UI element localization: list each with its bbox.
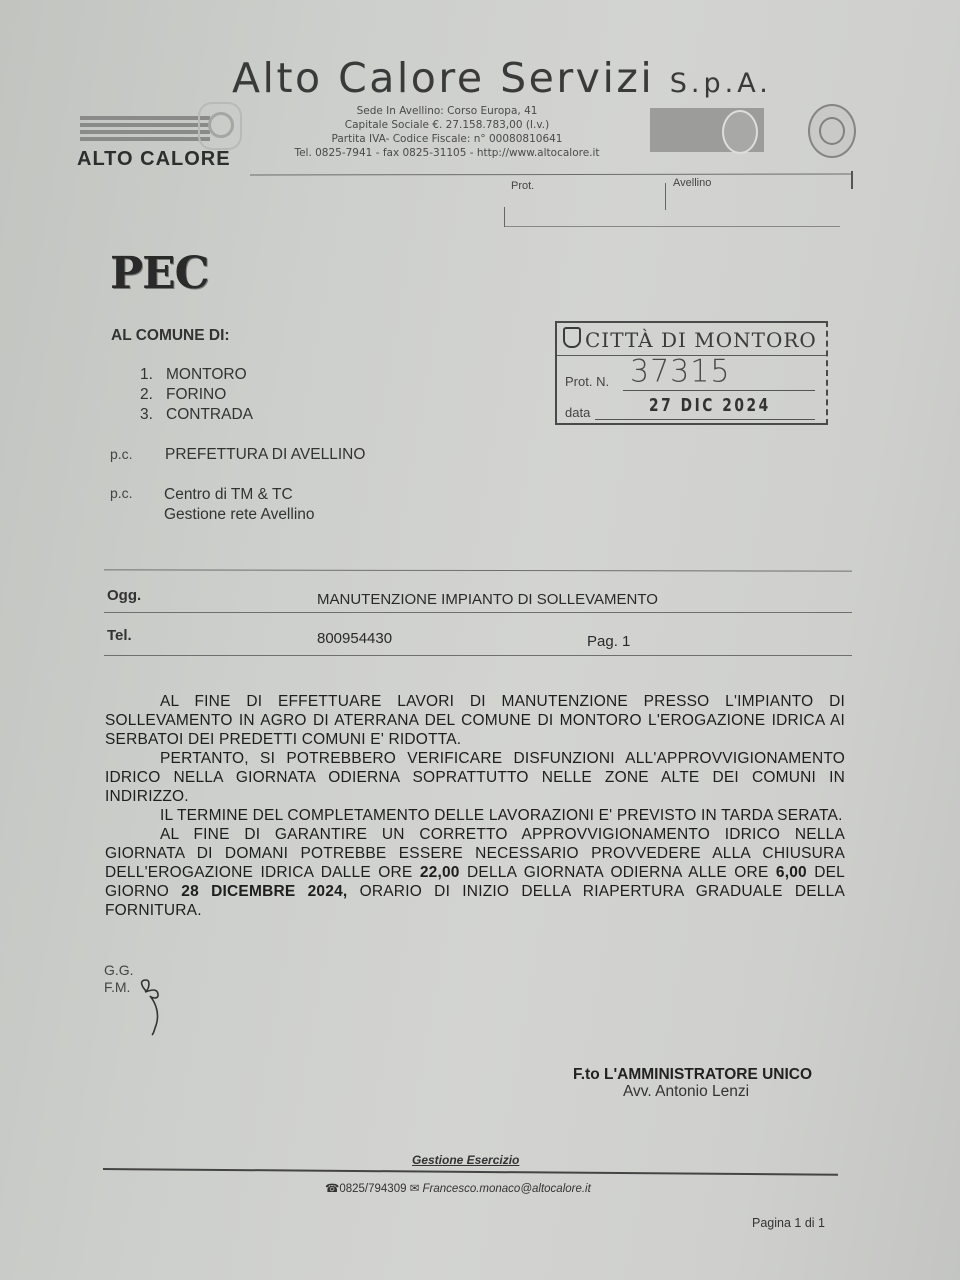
prot-box-border	[505, 226, 840, 227]
footer-contact: ☎0825/794309 ✉ Francesco.monaco@altocalo…	[325, 1181, 591, 1195]
cc-recipient-line: Centro di TM & TC	[164, 485, 315, 505]
phone-icon: ☎	[325, 1183, 339, 1195]
footer-divider	[103, 1168, 838, 1176]
stamp-prot-line	[623, 390, 815, 391]
closure-end-time: 6,00	[776, 864, 807, 881]
stamp-date-label: data	[565, 405, 590, 420]
cc-recipient-line: Gestione rete Avellino	[164, 505, 315, 525]
prot-label: Prot.	[511, 180, 534, 192]
initial: F.M.	[104, 979, 134, 996]
company-vat: Partita IVA- Codice Fiscale: n° 00080810…	[276, 132, 618, 146]
municipality-name: CONTRADA	[166, 406, 253, 423]
certification-logo-icon	[650, 108, 764, 152]
cc-label: p.c.	[110, 446, 133, 462]
addressee-title: AL COMUNE DI:	[111, 327, 230, 345]
protocol-stamp: CITTÀ DI MONTORO Prot. N. 37315 data 27 …	[555, 321, 828, 425]
stamp-prot-label: Prot. N.	[565, 374, 609, 389]
municipality-name: FORINO	[166, 386, 226, 403]
subject-value: MANUTENZIONE IMPIANTO DI SOLLEVAMENTO	[317, 591, 658, 608]
email-icon: ✉	[410, 1183, 420, 1195]
cc-recipient: Centro di TM & TC Gestione rete Avellino	[164, 485, 315, 525]
divider	[104, 569, 852, 571]
header-divider	[250, 173, 852, 175]
prot-box-border	[504, 207, 505, 227]
body-paragraph: AL FINE DI GARANTIRE UN CORRETTO APPROVV…	[105, 825, 845, 920]
company-suffix: S.p.A.	[670, 68, 772, 99]
pec-label: PEC	[110, 248, 209, 299]
company-name: Alto Calore Servizi S.p.A.	[232, 54, 772, 102]
accreditation-seal-icon	[808, 104, 856, 158]
signatory-name: Avv. Antonio Lenzi	[623, 1083, 749, 1101]
cc-label: p.c.	[110, 485, 133, 501]
city-crest-icon	[563, 327, 581, 348]
company-logo-swirl-icon	[198, 102, 242, 150]
company-info: Sede In Avellino: Corso Europa, 41 Capit…	[276, 104, 618, 160]
company-capital: Capitale Sociale €. 27.158.783,00 (I.v.)	[276, 118, 618, 132]
list-number: 2.	[140, 385, 166, 405]
list-item: 1.MONTORO	[140, 365, 253, 385]
municipality-name: MONTORO	[166, 366, 247, 383]
tel-label: Tel.	[107, 627, 132, 644]
stamp-date-line	[595, 419, 815, 420]
stamp-date: 27 DIC 2024	[649, 395, 771, 416]
company-name-text: Alto Calore Servizi	[232, 54, 654, 102]
page-label: Pag. 1	[587, 633, 630, 650]
prot-box-separator	[665, 183, 666, 210]
footer-email: Francesco.monaco@altocalore.it	[423, 1183, 591, 1195]
handwritten-initial-icon	[137, 978, 167, 1036]
body-paragraph: IL TERMINE DEL COMPLETAMENTO DELLE LAVOR…	[105, 806, 845, 825]
closure-date: 28 DICEMBRE 2024,	[181, 883, 347, 900]
letter-body: AL FINE DI EFFETTUARE LAVORI DI MANUTENZ…	[105, 692, 845, 920]
stamp-title-text: CITTÀ DI MONTORO	[585, 328, 817, 352]
logo-text: ALTO CALORE	[77, 148, 231, 171]
stamp-prot-number: 37315	[630, 353, 730, 390]
cc-recipient: PREFETTURA DI AVELLINO	[165, 446, 365, 464]
subject-label: Ogg.	[107, 587, 141, 604]
initials: G.G. F.M.	[104, 962, 134, 996]
body-text-span: DELLA GIORNATA ODIERNA ALLE ORE	[460, 864, 776, 881]
body-paragraph: PERTANTO, SI POTREBBERO VERIFICARE DISFU…	[105, 749, 845, 806]
closure-start-time: 22,00	[420, 864, 460, 881]
list-number: 3.	[140, 405, 166, 425]
signatory-title: F.to L'AMMINISTRATORE UNICO	[573, 1066, 812, 1084]
stamp-title: CITTÀ DI MONTORO	[563, 327, 817, 352]
body-paragraph: AL FINE DI EFFETTUARE LAVORI DI MANUTENZ…	[105, 692, 845, 749]
company-contacts: Tel. 0825-7941 - fax 0825-31105 - http:/…	[276, 146, 618, 160]
page-count: Pagina 1 di 1	[752, 1216, 825, 1230]
company-address: Sede In Avellino: Corso Europa, 41	[276, 104, 618, 118]
initial: G.G.	[104, 962, 134, 979]
divider	[104, 655, 852, 656]
list-item: 2.FORINO	[140, 385, 253, 405]
list-item: 3.CONTRADA	[140, 405, 253, 425]
footer-phone: 0825/794309	[339, 1183, 406, 1195]
divider	[104, 612, 852, 613]
place-label: Avellino	[673, 177, 711, 189]
municipality-list: 1.MONTORO 2.FORINO 3.CONTRADA	[140, 365, 253, 425]
header-divider-tick	[851, 171, 853, 189]
tel-value: 800954430	[317, 630, 392, 647]
company-logo-lines-icon	[80, 116, 210, 148]
list-number: 1.	[140, 365, 166, 385]
footer-department: Gestione Esercizio	[412, 1153, 519, 1167]
